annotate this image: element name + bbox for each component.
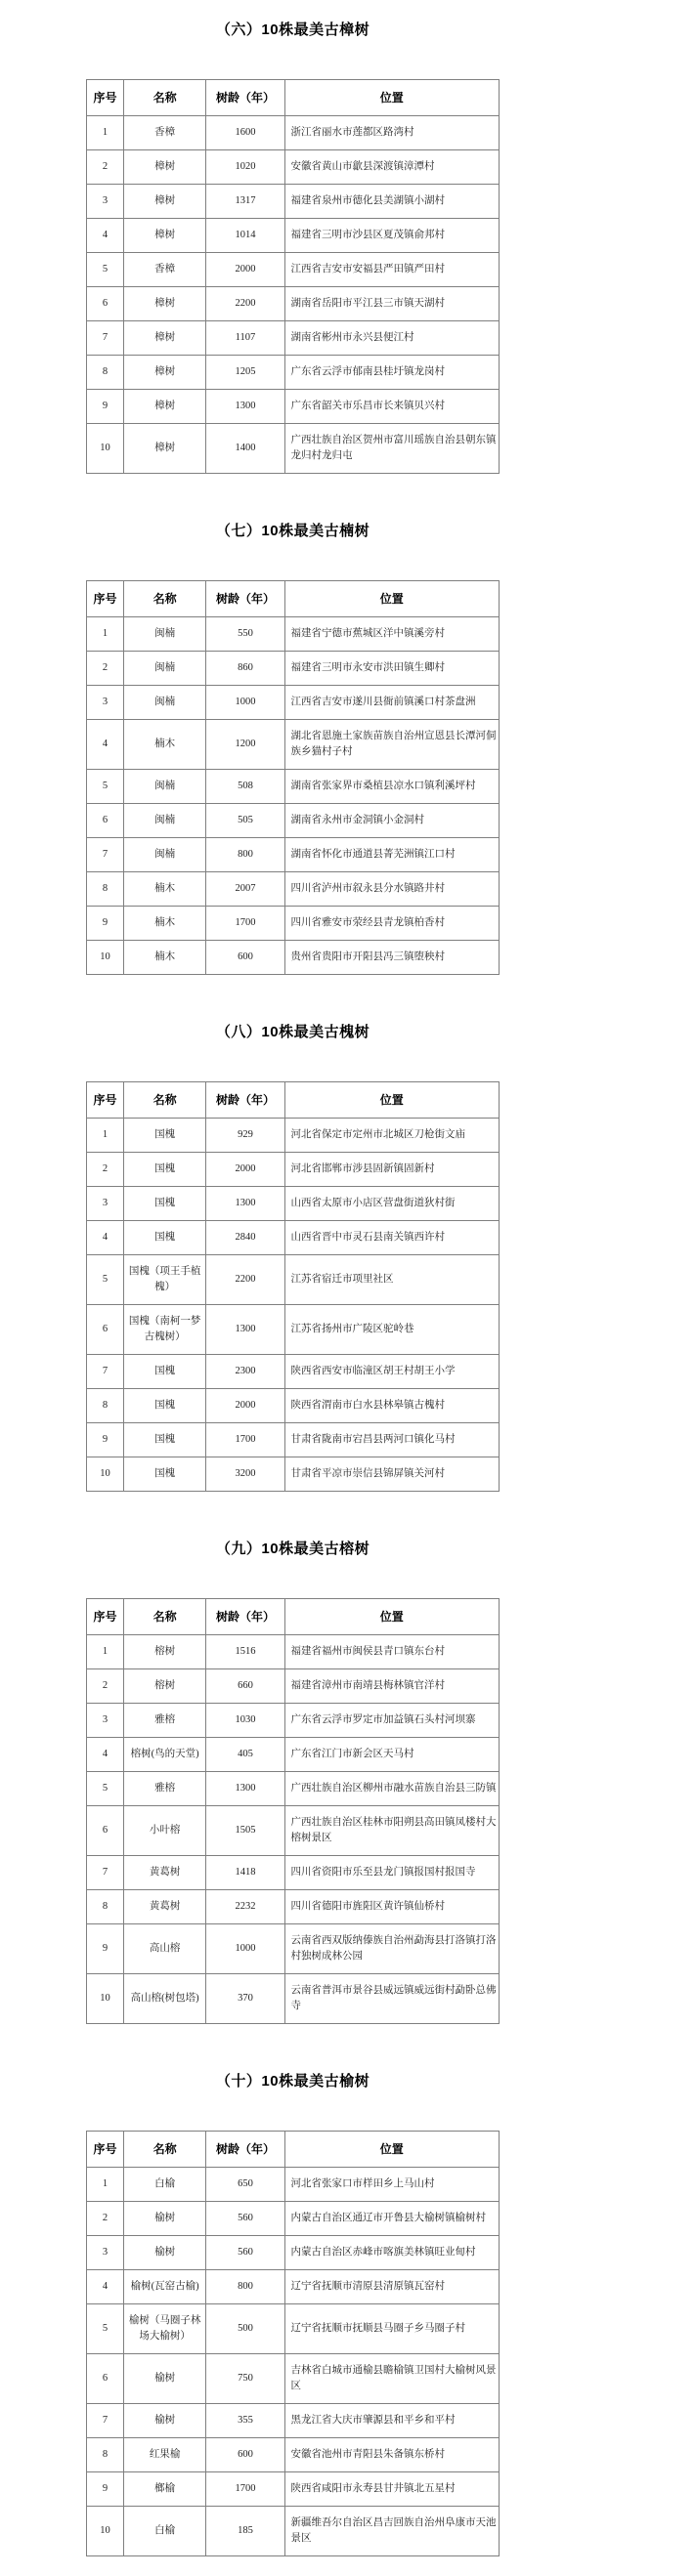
column-header: 序号 — [87, 80, 124, 116]
tree-age: 1300 — [206, 1772, 284, 1806]
tree-location: 福建省三明市沙县区夏茂镇俞邦村 — [284, 219, 499, 253]
table-row: 10国槐3200甘肃省平凉市崇信县锦屏镇关河村 — [87, 1457, 500, 1492]
table-row: 7闽楠800湖南省怀化市通道县菁芜洲镇江口村 — [87, 838, 500, 872]
tree-location: 吉林省白城市通榆县瞻榆镇卫国村大榆树风景区 — [284, 2354, 499, 2404]
tree-age: 405 — [206, 1738, 284, 1772]
table-row: 1国槐929河北省保定市定州市北城区刀枪街文庙 — [87, 1119, 500, 1153]
tree-name: 榆树 — [123, 2354, 205, 2404]
column-header: 序号 — [87, 1082, 124, 1119]
tree-location: 四川省资阳市乐至县龙门镇报国村报国寺 — [284, 1856, 499, 1890]
column-header: 名称 — [123, 1082, 205, 1119]
table-row: 3国槐1300山西省太原市小店区营盘街道狄村街 — [87, 1187, 500, 1221]
tree-section-1: （六）10株最美古樟树序号名称树龄（年）位置1香樟1600浙江省丽水市莲都区路湾… — [86, 20, 500, 474]
tree-name: 樟树 — [123, 356, 205, 390]
tree-location: 新疆维吾尔自治区昌吉回族自治州阜康市天池景区 — [284, 2507, 499, 2556]
tree-location: 湖南省岳阳市平江县三市镇天湖村 — [284, 287, 499, 321]
tree-location: 湖南省怀化市通道县菁芜洲镇江口村 — [284, 838, 499, 872]
table-row: 6榆树750吉林省白城市通榆县瞻榆镇卫国村大榆树风景区 — [87, 2354, 500, 2404]
tree-location: 福建省福州市闽侯县青口镇东台村 — [284, 1635, 499, 1669]
tree-age: 550 — [206, 617, 284, 652]
tree-age: 1000 — [206, 686, 284, 720]
table-row: 4楠木1200湖北省恩施土家族苗族自治州宣恩县长潭河侗族乡猫村子村 — [87, 720, 500, 770]
table-row: 5榆树（马圈子林场大榆树）500辽宁省抚顺市抚顺县马圈子乡马圈子村 — [87, 2304, 500, 2354]
tree-location: 江苏省扬州市广陵区驼岭巷 — [284, 1305, 499, 1355]
table-row: 7榆树355黑龙江省大庆市肇源县和平乡和平村 — [87, 2404, 500, 2438]
table-row: 3闽楠1000江西省吉安市遂川县衙前镇溪口村茶盘洲 — [87, 686, 500, 720]
column-header: 名称 — [123, 80, 205, 116]
table-row: 3榆树560内蒙古自治区赤峰市喀旗美林镇旺业甸村 — [87, 2236, 500, 2270]
row-index: 6 — [87, 287, 124, 321]
tree-age: 800 — [206, 2270, 284, 2304]
tree-age: 1600 — [206, 116, 284, 150]
table-row: 2榆树560内蒙古自治区通辽市开鲁县大榆树镇榆树村 — [87, 2202, 500, 2236]
table-row: 2闽楠860福建省三明市永安市洪田镇生卿村 — [87, 652, 500, 686]
column-header: 位置 — [284, 581, 499, 617]
tree-location: 江苏省宿迁市项里社区 — [284, 1255, 499, 1305]
row-index: 6 — [87, 1806, 124, 1856]
tree-location: 安徽省黄山市歙县深渡镇漳潭村 — [284, 150, 499, 185]
tree-age: 560 — [206, 2236, 284, 2270]
tree-age: 1200 — [206, 720, 284, 770]
tree-location: 四川省泸州市叙永县分水镇路井村 — [284, 872, 499, 907]
tree-location: 河北省保定市定州市北城区刀枪街文庙 — [284, 1119, 499, 1153]
tree-name: 香樟 — [123, 253, 205, 287]
tree-name: 国槐（项王手植槐） — [123, 1255, 205, 1305]
tree-age: 560 — [206, 2202, 284, 2236]
table-row: 9国槐1700甘肃省陇南市宕昌县两河口镇化马村 — [87, 1423, 500, 1457]
section-title: （十）10株最美古榆树 — [86, 2071, 500, 2091]
row-index: 4 — [87, 2270, 124, 2304]
row-index: 3 — [87, 1187, 124, 1221]
row-index: 5 — [87, 2304, 124, 2354]
tree-location: 广西壮族自治区桂林市阳朔县高田镇凤楼村大榕树景区 — [284, 1806, 499, 1856]
row-index: 3 — [87, 185, 124, 219]
tree-name: 国槐 — [123, 1119, 205, 1153]
tree-age: 2840 — [206, 1221, 284, 1255]
tree-age: 2232 — [206, 1890, 284, 1924]
tree-location: 江西省吉安市遂川县衙前镇溪口村茶盘洲 — [284, 686, 499, 720]
table-row: 7黄葛树1418四川省资阳市乐至县龙门镇报国村报国寺 — [87, 1856, 500, 1890]
tree-name: 樟树 — [123, 424, 205, 474]
table-row: 4樟树1014福建省三明市沙县区夏茂镇俞邦村 — [87, 219, 500, 253]
tree-location: 贵州省贵阳市开阳县冯三镇堕秧村 — [284, 941, 499, 975]
tree-age: 355 — [206, 2404, 284, 2438]
tree-name: 楠木 — [123, 907, 205, 941]
tree-age: 1400 — [206, 424, 284, 474]
table-row: 9榔榆1700陕西省咸阳市永寿县甘井镇北五星村 — [87, 2472, 500, 2507]
tree-location: 陕西省咸阳市永寿县甘井镇北五星村 — [284, 2472, 499, 2507]
header-row: 序号名称树龄（年）位置 — [87, 80, 500, 116]
column-header: 序号 — [87, 581, 124, 617]
tree-name: 国槐 — [123, 1187, 205, 1221]
table-row: 2国槐2000河北省邯郸市涉县固新镇固新村 — [87, 1153, 500, 1187]
table-row: 3樟树1317福建省泉州市德化县美湖镇小湖村 — [87, 185, 500, 219]
tree-location: 甘肃省陇南市宕昌县两河口镇化马村 — [284, 1423, 499, 1457]
tree-location: 广东省韶关市乐昌市长来镇贝兴村 — [284, 390, 499, 424]
tree-name: 红果榆 — [123, 2438, 205, 2472]
tree-section-5: （十）10株最美古榆树序号名称树龄（年）位置1白榆650河北省张家口市样田乡上马… — [86, 2024, 500, 2556]
tree-age: 750 — [206, 2354, 284, 2404]
tree-location: 甘肃省平凉市崇信县锦屏镇关河村 — [284, 1457, 499, 1492]
tree-location: 浙江省丽水市莲都区路湾村 — [284, 116, 499, 150]
table-row: 4国槐2840山西省晋中市灵石县南关镇西许村 — [87, 1221, 500, 1255]
tree-name: 黄葛树 — [123, 1890, 205, 1924]
tree-location: 河北省张家口市样田乡上马山村 — [284, 2168, 499, 2202]
tree-age: 1300 — [206, 1187, 284, 1221]
table-row: 10白榆185新疆维吾尔自治区昌吉回族自治州阜康市天池景区 — [87, 2507, 500, 2556]
document-page: （六）10株最美古樟树序号名称树龄（年）位置1香樟1600浙江省丽水市莲都区路湾… — [0, 0, 696, 2576]
row-index: 5 — [87, 253, 124, 287]
tree-age: 508 — [206, 770, 284, 804]
tree-age: 1300 — [206, 1305, 284, 1355]
row-index: 2 — [87, 150, 124, 185]
row-index: 10 — [87, 424, 124, 474]
tree-location: 内蒙古自治区通辽市开鲁县大榆树镇榆树村 — [284, 2202, 499, 2236]
row-index: 3 — [87, 686, 124, 720]
table-row: 6小叶榕1505广西壮族自治区桂林市阳朔县高田镇凤楼村大榕树景区 — [87, 1806, 500, 1856]
table-row: 2樟树1020安徽省黄山市歙县深渡镇漳潭村 — [87, 150, 500, 185]
row-index: 7 — [87, 1355, 124, 1389]
tree-name: 高山榕(树包塔) — [123, 1974, 205, 2024]
tree-age: 1107 — [206, 321, 284, 356]
tree-location: 江西省吉安市安福县严田镇严田村 — [284, 253, 499, 287]
table-row: 4榆树(瓦窑古榆)800辽宁省抚顺市清原县清原镇瓦窑村 — [87, 2270, 500, 2304]
tree-name: 榕树 — [123, 1635, 205, 1669]
row-index: 10 — [87, 1457, 124, 1492]
tree-name: 樟树 — [123, 390, 205, 424]
tree-table: 序号名称树龄（年）位置1白榆650河北省张家口市样田乡上马山村2榆树560内蒙古… — [86, 2131, 500, 2556]
tree-name: 国槐 — [123, 1153, 205, 1187]
tree-table: 序号名称树龄（年）位置1闽楠550福建省宁德市蕉城区洋中镇溪旁村2闽楠860福建… — [86, 580, 500, 975]
table-row: 7国槐2300陕西省西安市临潼区胡王村胡王小学 — [87, 1355, 500, 1389]
tree-age: 2000 — [206, 253, 284, 287]
tree-age: 3200 — [206, 1457, 284, 1492]
row-index: 9 — [87, 390, 124, 424]
row-index: 10 — [87, 1974, 124, 2024]
tree-name: 樟树 — [123, 185, 205, 219]
tree-name: 闽楠 — [123, 770, 205, 804]
row-index: 5 — [87, 1772, 124, 1806]
row-index: 8 — [87, 356, 124, 390]
row-index: 4 — [87, 720, 124, 770]
tree-location: 辽宁省抚顺市抚顺县马圈子乡马圈子村 — [284, 2304, 499, 2354]
tree-table: 序号名称树龄（年）位置1榕树1516福建省福州市闽侯县青口镇东台村2榕树660福… — [86, 1598, 500, 2024]
tree-name: 国槐 — [123, 1221, 205, 1255]
column-header: 树龄（年） — [206, 1599, 284, 1635]
table-row: 10楠木600贵州省贵阳市开阳县冯三镇堕秧村 — [87, 941, 500, 975]
tree-location: 四川省德阳市旌阳区黄许镇仙桥村 — [284, 1890, 499, 1924]
document-content: （六）10株最美古樟树序号名称树龄（年）位置1香樟1600浙江省丽水市莲都区路湾… — [86, 0, 500, 2556]
tree-name: 闽楠 — [123, 686, 205, 720]
column-header: 位置 — [284, 2132, 499, 2168]
tree-age: 1014 — [206, 219, 284, 253]
tree-age: 500 — [206, 2304, 284, 2354]
tree-age: 505 — [206, 804, 284, 838]
tree-name: 国槐 — [123, 1355, 205, 1389]
tree-location: 福建省宁德市蕉城区洋中镇溪旁村 — [284, 617, 499, 652]
row-index: 8 — [87, 1890, 124, 1924]
tree-name: 楠木 — [123, 872, 205, 907]
table-row: 5闽楠508湖南省张家界市桑植县凉水口镇利溪坪村 — [87, 770, 500, 804]
tree-age: 370 — [206, 1974, 284, 2024]
section-title: （九）10株最美古榕树 — [86, 1539, 500, 1559]
column-header: 位置 — [284, 1082, 499, 1119]
table-row: 5国槐（项王手植槐）2200江苏省宿迁市项里社区 — [87, 1255, 500, 1305]
column-header: 序号 — [87, 1599, 124, 1635]
table-row: 4榕树(鸟的天堂)405广东省江门市新会区天马村 — [87, 1738, 500, 1772]
row-index: 8 — [87, 1389, 124, 1423]
row-index: 4 — [87, 1221, 124, 1255]
tree-age: 800 — [206, 838, 284, 872]
tree-age: 1030 — [206, 1704, 284, 1738]
tree-name: 高山榕 — [123, 1924, 205, 1974]
tree-section-3: （八）10株最美古槐树序号名称树龄（年）位置1国槐929河北省保定市定州市北城区… — [86, 975, 500, 1492]
tree-name: 楠木 — [123, 941, 205, 975]
tree-name: 樟树 — [123, 321, 205, 356]
row-index: 3 — [87, 1704, 124, 1738]
table-row: 2榕树660福建省漳州市南靖县梅林镇官洋村 — [87, 1669, 500, 1704]
tree-name: 榆树 — [123, 2404, 205, 2438]
header-row: 序号名称树龄（年）位置 — [87, 2132, 500, 2168]
row-index: 2 — [87, 1153, 124, 1187]
row-index: 8 — [87, 872, 124, 907]
tree-location: 湖南省彬州市永兴县便江村 — [284, 321, 499, 356]
tree-name: 国槐 — [123, 1389, 205, 1423]
tree-location: 山西省太原市小店区营盘街道狄村街 — [284, 1187, 499, 1221]
tree-age: 600 — [206, 941, 284, 975]
section-title: （六）10株最美古樟树 — [86, 20, 500, 40]
tree-location: 福建省泉州市德化县美湖镇小湖村 — [284, 185, 499, 219]
tree-name: 白榆 — [123, 2507, 205, 2556]
row-index: 5 — [87, 1255, 124, 1305]
table-row: 1闽楠550福建省宁德市蕉城区洋中镇溪旁村 — [87, 617, 500, 652]
tree-name: 闽楠 — [123, 617, 205, 652]
tree-name: 榆树(瓦窑古榆) — [123, 2270, 205, 2304]
tree-name: 榕树(鸟的天堂) — [123, 1738, 205, 1772]
tree-name: 闽楠 — [123, 804, 205, 838]
row-index: 4 — [87, 219, 124, 253]
row-index: 5 — [87, 770, 124, 804]
table-row: 1榕树1516福建省福州市闽侯县青口镇东台村 — [87, 1635, 500, 1669]
tree-location: 云南省西双版纳傣族自治州勐海县打洛镇打洛村独树成林公园 — [284, 1924, 499, 1974]
row-index: 2 — [87, 1669, 124, 1704]
tree-name: 闽楠 — [123, 838, 205, 872]
tree-name: 榆树 — [123, 2202, 205, 2236]
row-index: 2 — [87, 652, 124, 686]
tree-location: 云南省普洱市景谷县威远镇威远街村勐卧总佛寺 — [284, 1974, 499, 2024]
column-header: 位置 — [284, 1599, 499, 1635]
table-row: 7樟树1107湖南省彬州市永兴县便江村 — [87, 321, 500, 356]
tree-location: 湖南省永州市金洞镇小金洞村 — [284, 804, 499, 838]
row-index: 7 — [87, 321, 124, 356]
tree-location: 广东省江门市新会区天马村 — [284, 1738, 499, 1772]
tree-name: 国槐 — [123, 1423, 205, 1457]
tree-age: 1205 — [206, 356, 284, 390]
table-row: 5香樟2000江西省吉安市安福县严田镇严田村 — [87, 253, 500, 287]
table-row: 1白榆650河北省张家口市样田乡上马山村 — [87, 2168, 500, 2202]
tree-age: 2000 — [206, 1389, 284, 1423]
tree-location: 福建省三明市永安市洪田镇生卿村 — [284, 652, 499, 686]
tree-name: 榆树 — [123, 2236, 205, 2270]
table-row: 8红果榆600安徽省池州市青阳县朱备镇东桥村 — [87, 2438, 500, 2472]
tree-table: 序号名称树龄（年）位置1香樟1600浙江省丽水市莲都区路湾村2樟树1020安徽省… — [86, 79, 500, 474]
tree-location: 四川省雅安市荥经县青龙镇柏香村 — [284, 907, 499, 941]
tree-age: 600 — [206, 2438, 284, 2472]
tree-name: 樟树 — [123, 150, 205, 185]
tree-location: 广西壮族自治区贺州市富川瑶族自治县朝东镇龙归村龙归屯 — [284, 424, 499, 474]
row-index: 9 — [87, 2472, 124, 2507]
tree-age: 1418 — [206, 1856, 284, 1890]
section-title: （七）10株最美古楠树 — [86, 521, 500, 541]
tree-name: 国槐（南柯一梦古槐树） — [123, 1305, 205, 1355]
row-index: 10 — [87, 941, 124, 975]
tree-name: 小叶榕 — [123, 1806, 205, 1856]
tree-location: 湖南省张家界市桑植县凉水口镇利溪坪村 — [284, 770, 499, 804]
row-index: 10 — [87, 2507, 124, 2556]
row-index: 6 — [87, 1305, 124, 1355]
table-row: 9楠木1700四川省雅安市荥经县青龙镇柏香村 — [87, 907, 500, 941]
tree-location: 陕西省西安市临潼区胡王村胡王小学 — [284, 1355, 499, 1389]
tree-age: 2200 — [206, 287, 284, 321]
column-header: 树龄（年） — [206, 581, 284, 617]
tree-age: 2200 — [206, 1255, 284, 1305]
tree-name: 榔榆 — [123, 2472, 205, 2507]
tree-age: 660 — [206, 1669, 284, 1704]
tree-age: 2007 — [206, 872, 284, 907]
header-row: 序号名称树龄（年）位置 — [87, 1082, 500, 1119]
column-header: 名称 — [123, 1599, 205, 1635]
tree-name: 榕树 — [123, 1669, 205, 1704]
header-row: 序号名称树龄（年）位置 — [87, 1599, 500, 1635]
row-index: 8 — [87, 2438, 124, 2472]
table-row: 10樟树1400广西壮族自治区贺州市富川瑶族自治县朝东镇龙归村龙归屯 — [87, 424, 500, 474]
table-row: 1香樟1600浙江省丽水市莲都区路湾村 — [87, 116, 500, 150]
row-index: 4 — [87, 1738, 124, 1772]
table-row: 6樟树2200湖南省岳阳市平江县三市镇天湖村 — [87, 287, 500, 321]
column-header: 树龄（年） — [206, 1082, 284, 1119]
tree-age: 1300 — [206, 390, 284, 424]
row-index: 6 — [87, 2354, 124, 2404]
row-index: 6 — [87, 804, 124, 838]
section-title: （八）10株最美古槐树 — [86, 1022, 500, 1042]
tree-location: 广东省云浮市郁南县桂圩镇龙岗村 — [284, 356, 499, 390]
tree-name: 雅榕 — [123, 1704, 205, 1738]
tree-name: 白榆 — [123, 2168, 205, 2202]
tree-name: 樟树 — [123, 219, 205, 253]
tree-age: 2000 — [206, 1153, 284, 1187]
table-row: 3雅榕1030广东省云浮市罗定市加益镇石头村河坝寨 — [87, 1704, 500, 1738]
tree-location: 山西省晋中市灵石县南关镇西许村 — [284, 1221, 499, 1255]
tree-age: 1317 — [206, 185, 284, 219]
tree-name: 樟树 — [123, 287, 205, 321]
row-index: 9 — [87, 907, 124, 941]
tree-location: 湖北省恩施土家族苗族自治州宣恩县长潭河侗族乡猫村子村 — [284, 720, 499, 770]
table-row: 10高山榕(树包塔)370云南省普洱市景谷县威远镇威远街村勐卧总佛寺 — [87, 1974, 500, 2024]
tree-age: 1700 — [206, 1423, 284, 1457]
table-row: 6国槐（南柯一梦古槐树）1300江苏省扬州市广陵区驼岭巷 — [87, 1305, 500, 1355]
column-header: 树龄（年） — [206, 2132, 284, 2168]
row-index: 7 — [87, 1856, 124, 1890]
tree-location: 安徽省池州市青阳县朱备镇东桥村 — [284, 2438, 499, 2472]
tree-location: 陕西省渭南市白水县林皋镇古槐村 — [284, 1389, 499, 1423]
tree-location: 辽宁省抚顺市清原县清原镇瓦窑村 — [284, 2270, 499, 2304]
row-index: 9 — [87, 1924, 124, 1974]
row-index: 7 — [87, 838, 124, 872]
tree-section-4: （九）10株最美古榕树序号名称树龄（年）位置1榕树1516福建省福州市闽侯县青口… — [86, 1492, 500, 2024]
tree-age: 1505 — [206, 1806, 284, 1856]
row-index: 2 — [87, 2202, 124, 2236]
column-header: 名称 — [123, 2132, 205, 2168]
tree-location: 广东省云浮市罗定市加益镇石头村河坝寨 — [284, 1704, 499, 1738]
column-header: 序号 — [87, 2132, 124, 2168]
row-index: 3 — [87, 2236, 124, 2270]
tree-location: 黑龙江省大庆市肇源县和平乡和平村 — [284, 2404, 499, 2438]
row-index: 1 — [87, 1635, 124, 1669]
tree-name: 榆树（马圈子林场大榆树） — [123, 2304, 205, 2354]
table-row: 6闽楠505湖南省永州市金洞镇小金洞村 — [87, 804, 500, 838]
tree-name: 雅榕 — [123, 1772, 205, 1806]
column-header: 位置 — [284, 80, 499, 116]
tree-age: 1700 — [206, 907, 284, 941]
row-index: 9 — [87, 1423, 124, 1457]
tree-age: 1000 — [206, 1924, 284, 1974]
row-index: 1 — [87, 116, 124, 150]
row-index: 1 — [87, 2168, 124, 2202]
tree-location: 福建省漳州市南靖县梅林镇官洋村 — [284, 1669, 499, 1704]
tree-age: 650 — [206, 2168, 284, 2202]
table-row: 9樟树1300广东省韶关市乐昌市长来镇贝兴村 — [87, 390, 500, 424]
tree-age: 860 — [206, 652, 284, 686]
table-row: 8国槐2000陕西省渭南市白水县林皋镇古槐村 — [87, 1389, 500, 1423]
tree-age: 1700 — [206, 2472, 284, 2507]
tree-location: 广西壮族自治区柳州市融水苗族自治县三防镇 — [284, 1772, 499, 1806]
row-index: 1 — [87, 617, 124, 652]
table-row: 8黄葛树2232四川省德阳市旌阳区黄许镇仙桥村 — [87, 1890, 500, 1924]
table-row: 5雅榕1300广西壮族自治区柳州市融水苗族自治县三防镇 — [87, 1772, 500, 1806]
tree-age: 2300 — [206, 1355, 284, 1389]
tree-name: 香樟 — [123, 116, 205, 150]
tree-name: 楠木 — [123, 720, 205, 770]
column-header: 树龄（年） — [206, 80, 284, 116]
tree-name: 国槐 — [123, 1457, 205, 1492]
tree-name: 闽楠 — [123, 652, 205, 686]
header-row: 序号名称树龄（年）位置 — [87, 581, 500, 617]
tree-section-2: （七）10株最美古楠树序号名称树龄（年）位置1闽楠550福建省宁德市蕉城区洋中镇… — [86, 474, 500, 975]
table-row: 8樟树1205广东省云浮市郁南县桂圩镇龙岗村 — [87, 356, 500, 390]
tree-table: 序号名称树龄（年）位置1国槐929河北省保定市定州市北城区刀枪街文庙2国槐200… — [86, 1081, 500, 1492]
tree-age: 1516 — [206, 1635, 284, 1669]
table-row: 8楠木2007四川省泸州市叙永县分水镇路井村 — [87, 872, 500, 907]
tree-age: 185 — [206, 2507, 284, 2556]
tree-location: 河北省邯郸市涉县固新镇固新村 — [284, 1153, 499, 1187]
table-row: 9高山榕1000云南省西双版纳傣族自治州勐海县打洛镇打洛村独树成林公园 — [87, 1924, 500, 1974]
tree-location: 内蒙古自治区赤峰市喀旗美林镇旺业甸村 — [284, 2236, 499, 2270]
tree-age: 1020 — [206, 150, 284, 185]
row-index: 7 — [87, 2404, 124, 2438]
row-index: 1 — [87, 1119, 124, 1153]
tree-name: 黄葛树 — [123, 1856, 205, 1890]
tree-age: 929 — [206, 1119, 284, 1153]
column-header: 名称 — [123, 581, 205, 617]
